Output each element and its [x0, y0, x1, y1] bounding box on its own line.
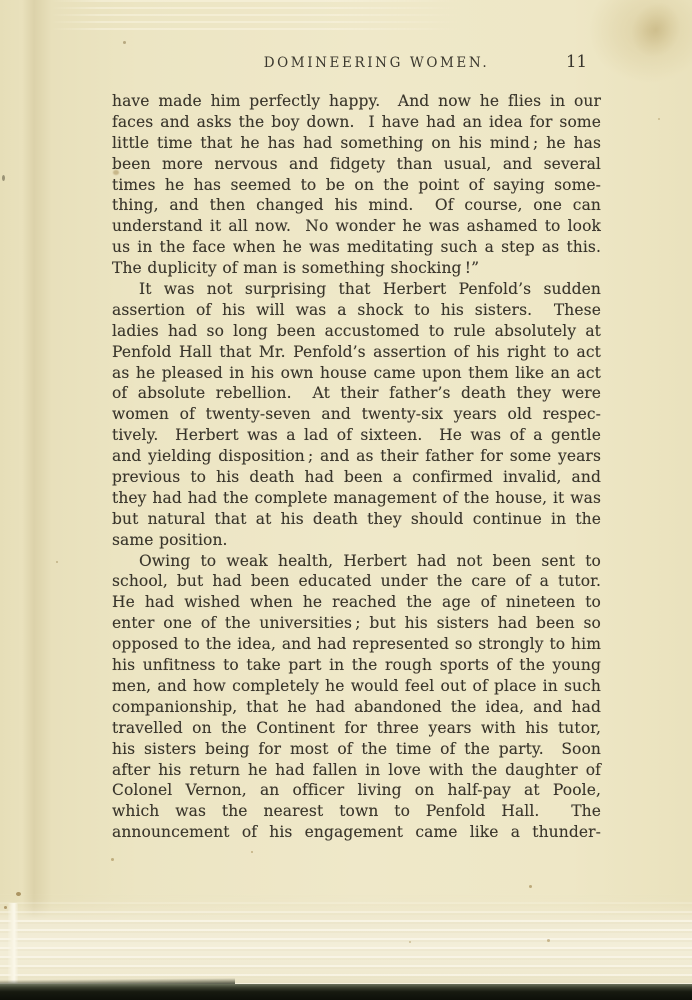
text-line: which was the nearest town to Penfold Ha…	[112, 801, 601, 822]
text-line: It was not surprising that Herbert Penfo…	[112, 279, 601, 300]
text-line: previous to his death had been a confirm…	[112, 467, 601, 488]
foxing-speck	[16, 892, 21, 896]
body-text: have made him perfectly happy. And now h…	[112, 91, 601, 843]
foxing-speck	[113, 170, 119, 175]
text-line: us in the face when he was meditating su…	[112, 237, 601, 258]
foxing-speck	[409, 941, 411, 943]
text-line: ladies had so long been accustomed to ru…	[112, 321, 601, 342]
foxing-speck	[658, 118, 660, 120]
text-line: The duplicity of man is something shocki…	[112, 258, 601, 279]
text-line: announcement of his engagement came like…	[112, 822, 601, 843]
foxing-speck	[547, 939, 550, 942]
text-line: travelled on the Continent for three yea…	[112, 718, 601, 739]
text-line: been more nervous and fidgety than usual…	[112, 154, 601, 175]
text-line: women of twenty-seven and twenty-six yea…	[112, 404, 601, 425]
text-line: little time that he has had something on…	[112, 133, 601, 154]
text-line: Colonel Vernon, an officer living on hal…	[112, 780, 601, 801]
text-line: times he has seemed to be on the point o…	[112, 175, 601, 196]
text-line: as he pleased in his own house came upon…	[112, 363, 601, 384]
text-line: faces and asks the boy down. I have had …	[112, 112, 601, 133]
top-page-edge-striations	[52, 0, 462, 30]
foxing-speck	[56, 561, 58, 563]
foxing-speck	[2, 175, 5, 181]
text-line: tively. Herbert was a lad of sixteen. He…	[112, 425, 601, 446]
foxing-speck	[251, 851, 253, 853]
page-number: 11	[112, 52, 601, 71]
text-line: men, and how completely he would feel ou…	[112, 676, 601, 697]
page-corner-edge	[8, 903, 18, 985]
text-line: He had wished when he reached the age of…	[112, 592, 601, 613]
text-line: companionship, that he had abandoned the…	[112, 697, 601, 718]
text-line: his sisters being for most of the time o…	[112, 739, 601, 760]
text-line: have made him perfectly happy. And now h…	[112, 91, 601, 112]
text-line: of absolute rebellion. At their father’s…	[112, 383, 601, 404]
bottom-page-edges	[0, 893, 692, 985]
text-line: assertion of his will was a shock to his…	[112, 300, 601, 321]
text-line: school, but had been educated under the …	[112, 571, 601, 592]
text-line: same position.	[112, 530, 601, 551]
scanned-book-page: DOMINEERING WOMEN. 11 have made him perf…	[0, 0, 692, 1000]
text-line: and yielding disposition ; and as their …	[112, 446, 601, 467]
foxing-speck	[123, 41, 126, 44]
text-line: understand it all now. No wonder he was …	[112, 216, 601, 237]
text-line: after his return he had fallen in love w…	[112, 760, 601, 781]
text-line: his unfitness to take part in the rough …	[112, 655, 601, 676]
text-line: enter one of the universities ; but his …	[112, 613, 601, 634]
text-line: thing, and then changed his mind. Of cou…	[112, 195, 601, 216]
foxing-speck	[4, 906, 7, 909]
foxing-speck	[111, 858, 114, 861]
foxing-speck	[529, 885, 532, 888]
book-cover-edge	[0, 984, 692, 1000]
text-line: but natural that at his death they shoul…	[112, 509, 601, 530]
text-line: Owing to weak health, Herbert had not be…	[112, 551, 601, 572]
text-line: Penfold Hall that Mr. Penfold’s assertio…	[112, 342, 601, 363]
text-line: opposed to the idea, and had represented…	[112, 634, 601, 655]
text-line: they had had the complete management of …	[112, 488, 601, 509]
